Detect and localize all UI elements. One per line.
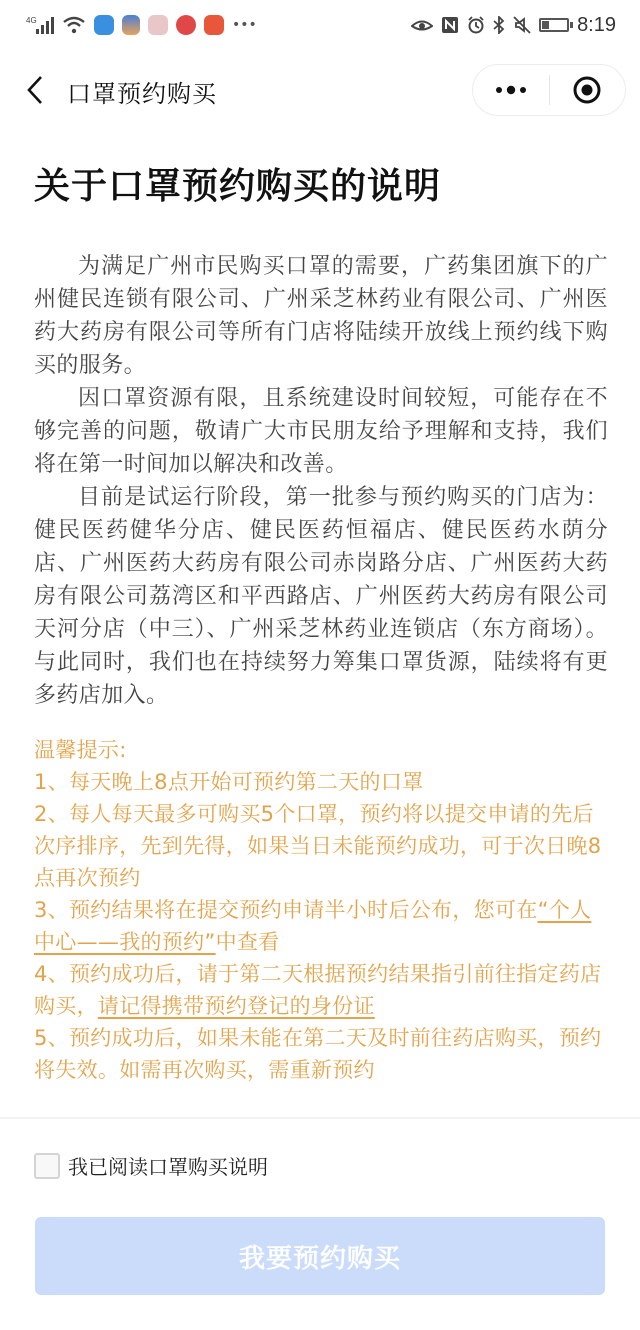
status-bar: 4G ••• 8:19 [0, 0, 640, 50]
tip-item-4: 4、预约成功后，请于第二天根据预约结果指引前往指定药店购买，请记得携带预约登记的… [34, 958, 608, 1022]
tip-text: 3、预约结果将在提交预约申请半小时后公布，您可在 [34, 898, 538, 922]
article-body: 为满足广州市民购买口罩的需要，广药集团旗下的广州健民连锁有限公司、广州采芝林药业… [34, 250, 608, 712]
paragraph: 目前是试运行阶段，第一批参与预约购买的门店为：健民医药健华分店、健民医药恒福店、… [34, 481, 608, 712]
nfc-icon [441, 16, 459, 34]
mini-program-capsule [472, 64, 626, 116]
tip-item-5: 5、预约成功后，如果未能在第二天及时前往药店购买，预约将失效。如需再次购买，需重… [34, 1022, 608, 1086]
more-notifications-icon: ••• [232, 17, 257, 33]
app-notification-icon [122, 15, 140, 35]
nav-title: 口罩预约购买 [67, 74, 217, 109]
wifi-icon [62, 15, 86, 35]
agreement-row[interactable]: 我已阅读口罩购买说明 [34, 1151, 268, 1180]
article: 关于口罩预约购买的说明 为满足广州市民购买口罩的需要，广药集团旗下的广州健民连锁… [34, 150, 608, 1086]
agreement-checkbox[interactable] [34, 1153, 60, 1179]
bluetooth-icon [493, 16, 505, 34]
paragraph: 为满足广州市民购买口罩的需要，广药集团旗下的广州健民连锁有限公司、广州采芝林药业… [34, 250, 608, 382]
alarm-icon [467, 16, 485, 34]
close-mini-program-button[interactable] [550, 65, 626, 115]
more-menu-button[interactable] [473, 65, 549, 115]
battery-icon [539, 18, 569, 32]
footer-divider [0, 1117, 640, 1119]
reserve-button-label: 我要预约购买 [239, 1238, 401, 1275]
id-card-reminder: 请记得携带预约登记的身份证 [98, 994, 375, 1018]
tip-text: 中查看 [216, 930, 280, 954]
chevron-left-icon [26, 75, 44, 105]
app-notification-icon [94, 15, 114, 35]
signal-icon: 4G [26, 15, 54, 35]
eye-comfort-icon [411, 17, 433, 33]
tips-section: 温馨提示: 1、每天晚上8点开始可预约第二天的口罩 2、每人每天最多可购买5个口… [34, 734, 608, 1086]
page-title: 关于口罩预约购买的说明 [34, 150, 608, 224]
tip-item-1: 1、每天晚上8点开始可预约第二天的口罩 [34, 766, 608, 798]
status-bar-left: 4G ••• [26, 15, 257, 35]
app-notification-icon [176, 15, 196, 35]
status-bar-right: 8:19 [411, 14, 616, 37]
tip-item-3: 3、预约结果将在提交预约申请半小时后公布，您可在“个人中心——我的预约”中查看 [34, 894, 608, 958]
app-notification-icon [148, 15, 168, 35]
paragraph: 因口罩资源有限，且系统建设时间较短，可能存在不够完善的问题，敬请广大市民朋友给予… [34, 382, 608, 481]
reserve-button[interactable]: 我要预约购买 [35, 1217, 605, 1295]
app-notification-icon [204, 15, 224, 35]
mute-icon [513, 16, 531, 34]
more-dots-icon [494, 85, 528, 95]
target-close-icon [572, 75, 602, 105]
svg-text:4G: 4G [26, 16, 37, 25]
tip-item-2: 2、每人每天最多可购买5个口罩，预约将以提交申请的先后次序排序，先到先得，如果当… [34, 798, 608, 894]
tips-heading: 温馨提示: [34, 734, 608, 766]
clock: 8:19 [577, 14, 616, 37]
nav-bar: 口罩预约购买 [0, 60, 640, 120]
back-button[interactable] [18, 72, 52, 108]
agreement-label: 我已阅读口罩购买说明 [68, 1151, 268, 1180]
